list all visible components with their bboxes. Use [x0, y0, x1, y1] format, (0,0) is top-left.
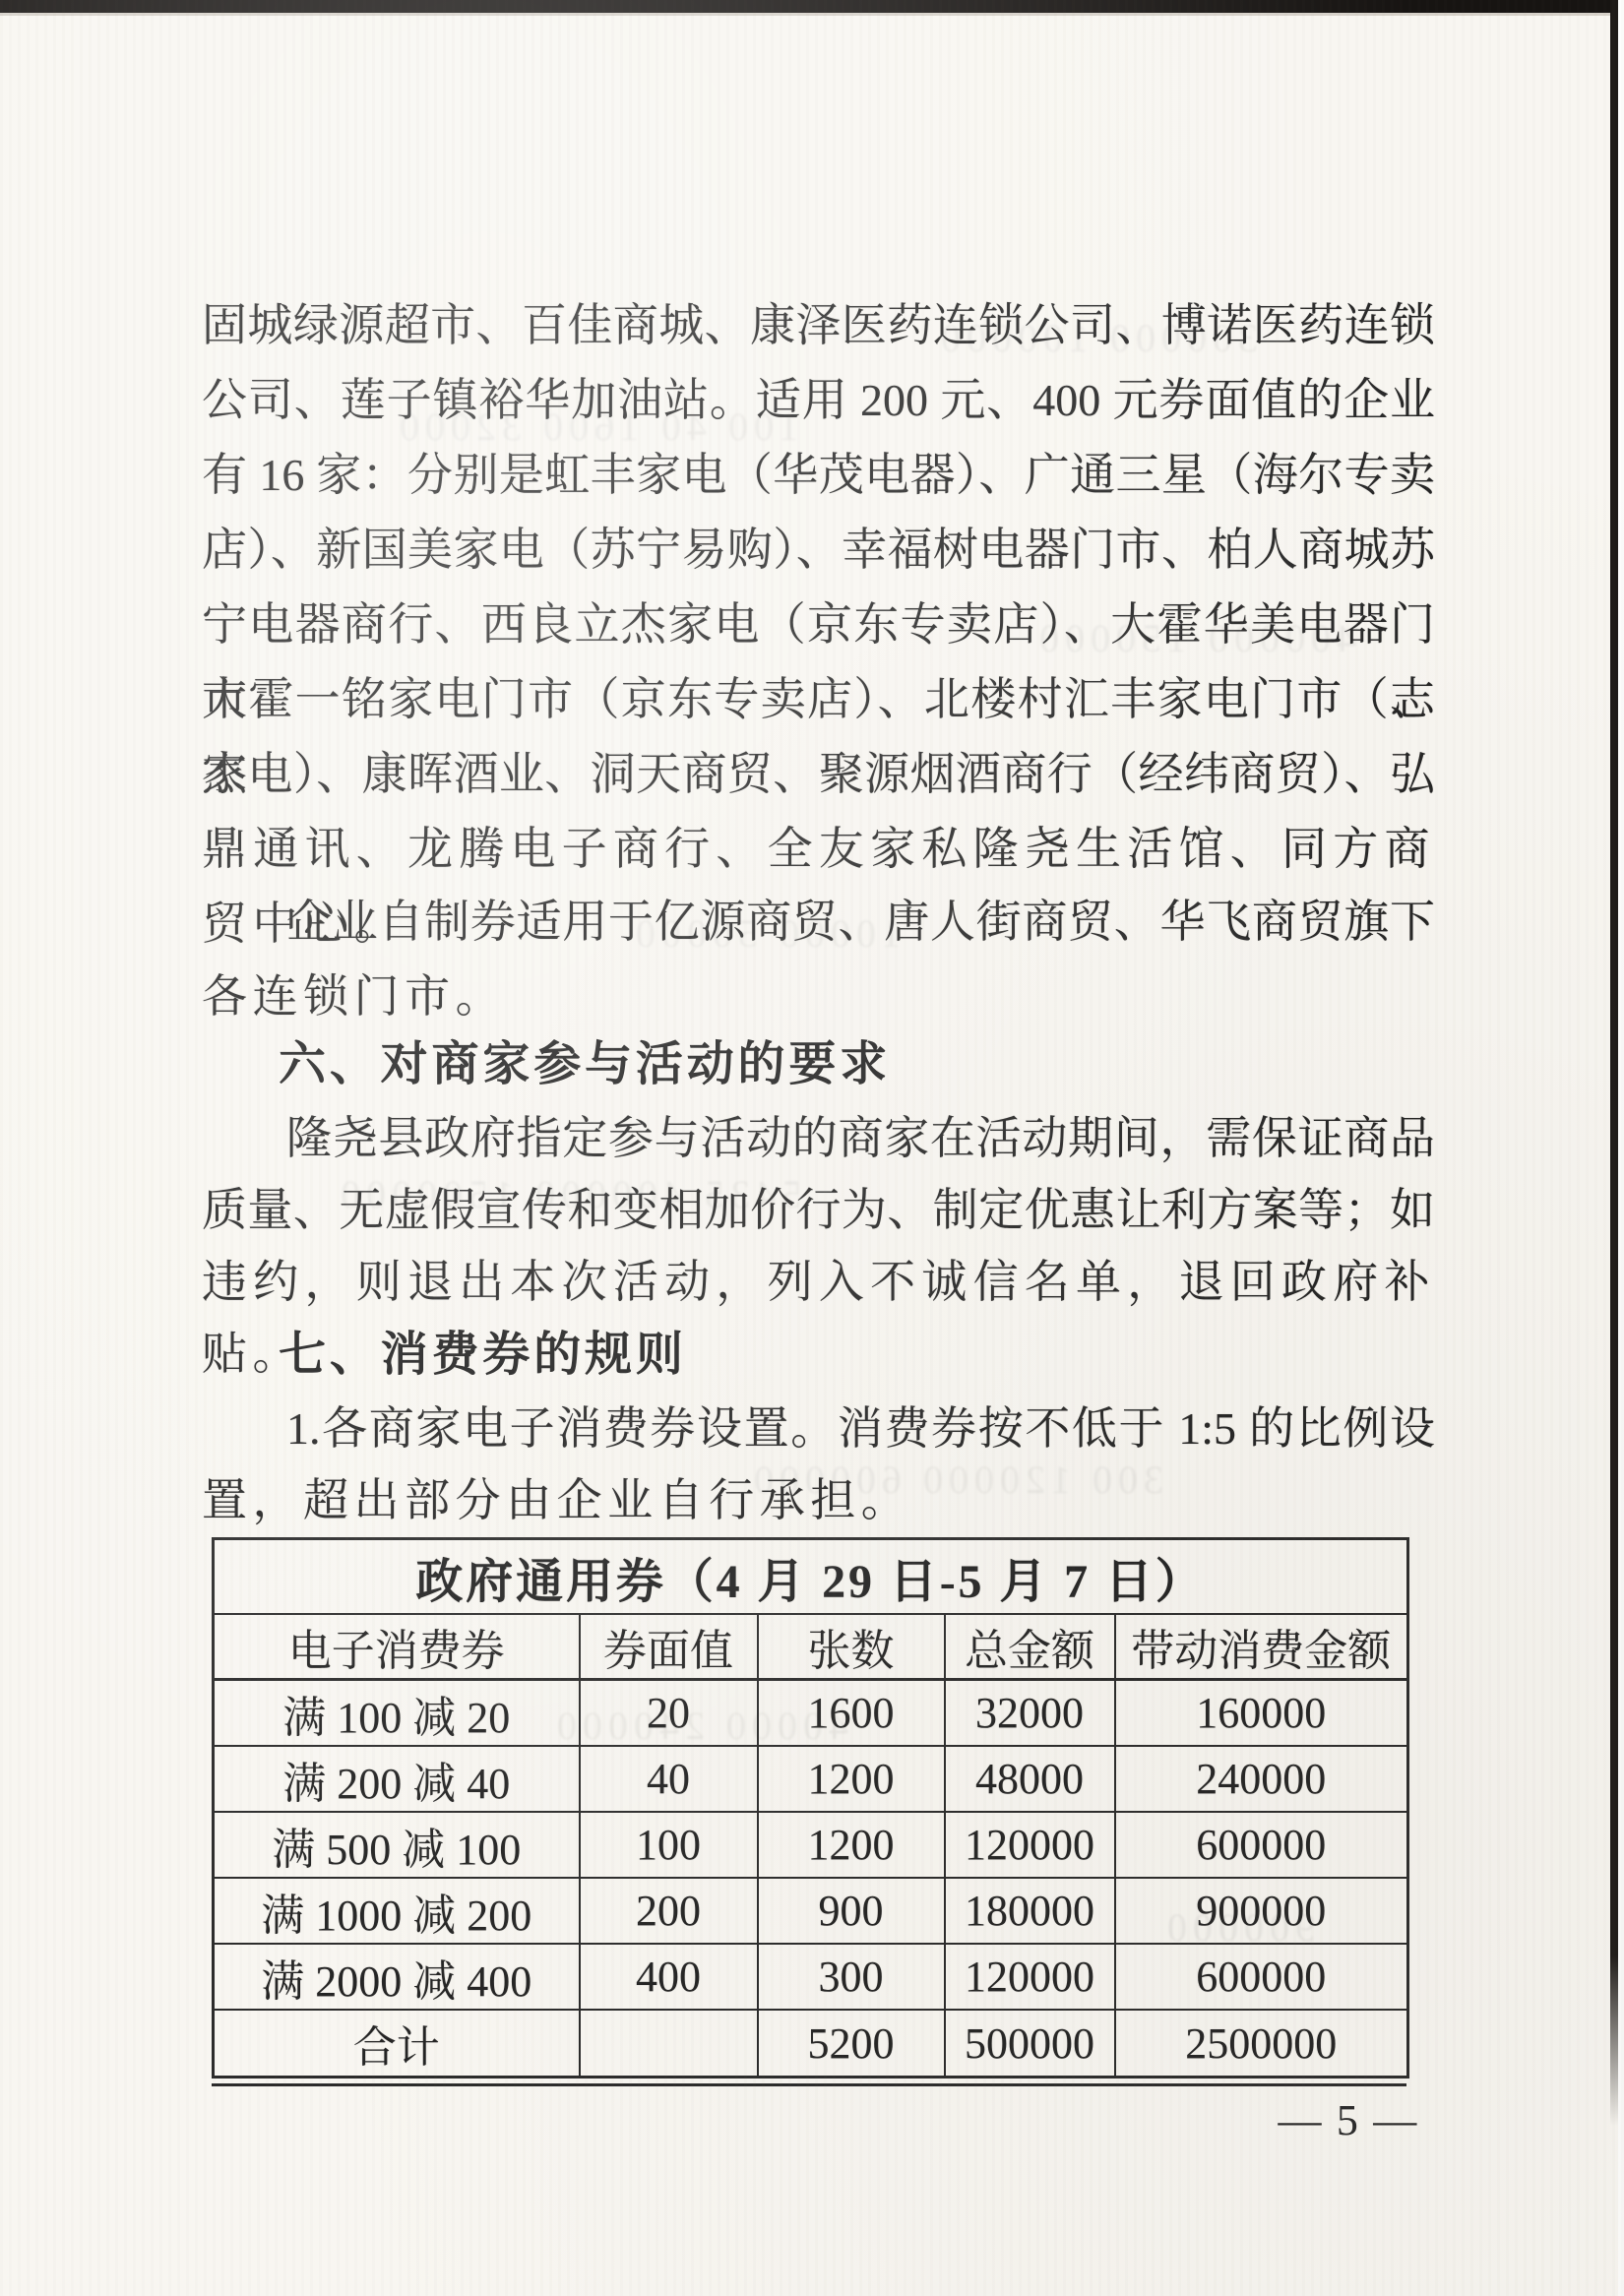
body-line: 公司、莲子镇裕华加油站。适用 200 元、400 元券面值的企业 [202, 363, 1435, 438]
cell-voucher: 满 200 减 40 [214, 1746, 580, 1812]
cell-driven: 2500000 [1115, 2010, 1408, 2078]
cell-total: 120000 [945, 1812, 1115, 1878]
cell-voucher: 满 2000 减 400 [214, 1944, 580, 2010]
scan-edge-top-shadow [0, 13, 1624, 16]
cell-face-value: 200 [580, 1878, 758, 1944]
body-line: 隆尧县政府指定参与活动的商家在活动期间，需保证商品 [202, 1102, 1435, 1174]
table-row: 满 1000 减 200 200 900 180000 900000 [214, 1878, 1408, 1944]
cell-face-value: 40 [580, 1746, 758, 1812]
section-heading-six: 六、对商家参与活动的要求 [202, 1027, 1435, 1102]
paragraph-merchant-requirements: 隆尧县政府指定参与活动的商家在活动期间，需保证商品 质量、无虚假宣传和变相加价行… [202, 1102, 1435, 1318]
cell-face-value: 20 [580, 1680, 758, 1747]
cell-count: 5200 [758, 2010, 945, 2078]
section-heading-seven: 七、消费券的规则 [202, 1318, 1435, 1393]
table-row: 满 200 减 40 40 1200 48000 240000 [214, 1746, 1408, 1812]
paragraph-self-issued-vouchers: 企业自制券适用于亿源商贸、唐人街商贸、华飞商贸旗下 各连锁门市。 [202, 885, 1435, 1034]
scan-edge-right-line [1610, 0, 1618, 2126]
body-line: 固城绿源超市、百佳商城、康泽医药连锁公司、博诺医药连锁 [202, 288, 1435, 363]
cell-count: 900 [758, 1878, 945, 1944]
body-line: 质量、无虚假宣传和变相加价行为、制定优惠让利方案等；如 [202, 1174, 1435, 1246]
page-number: — 5 — [1270, 2088, 1427, 2153]
cell-count: 1600 [758, 1680, 945, 1747]
cell-driven: 600000 [1115, 1812, 1408, 1878]
cell-face-value: 100 [580, 1812, 758, 1878]
cell-count: 1200 [758, 1746, 945, 1812]
cell-voucher: 满 100 减 20 [214, 1680, 580, 1747]
cell-total-label: 合计 [214, 2010, 580, 2078]
paragraph-merchant-list: 固城绿源超市、百佳商城、康泽医药连锁公司、博诺医药连锁 公司、莲子镇裕华加油站。… [202, 288, 1435, 887]
cell-voucher: 满 500 减 100 [214, 1812, 580, 1878]
table-title-row: 政府通用券（4 月 29 日-5 月 7 日） [214, 1539, 1408, 1615]
cell-count: 1200 [758, 1812, 945, 1878]
cell-total: 32000 [945, 1680, 1115, 1747]
table-double-bottom-rule [212, 2083, 1406, 2086]
table-row: 满 100 减 20 20 1600 32000 160000 [214, 1680, 1408, 1747]
cell-driven: 240000 [1115, 1746, 1408, 1812]
body-line: 家电）、康晖酒业、洞天商贸、聚源烟酒商行（经纬商贸）、弘 [202, 737, 1435, 812]
table-header-row: 电子消费券 券面值 张数 总金额 带动消费金额 [214, 1614, 1408, 1680]
body-line: 违约，则退出本次活动，列入不诚信名单，退回政府补贴。 [202, 1246, 1435, 1318]
cell-face-value: 400 [580, 1944, 758, 2010]
table-row: 满 2000 减 400 400 300 120000 600000 [214, 1944, 1408, 2010]
body-line: 企业自制券适用于亿源商贸、唐人街商贸、华飞商贸旗下 [202, 885, 1435, 960]
cell-total: 500000 [945, 2010, 1115, 2078]
body-line: 大霍一铭家电门市（京东专卖店）、北楼村汇丰家电门市（志杰 [202, 662, 1435, 737]
table-title: 政府通用券（4 月 29 日-5 月 7 日） [214, 1539, 1408, 1615]
body-line: 置，超出部分由企业自行承担。 [202, 1464, 1435, 1536]
cell-voucher: 满 1000 减 200 [214, 1878, 580, 1944]
cell-driven: 160000 [1115, 1680, 1408, 1747]
cell-driven: 600000 [1115, 1944, 1408, 2010]
body-line: 1.各商家电子消费券设置。消费券按不低于 1:5 的比例设 [202, 1393, 1435, 1464]
body-line: 宁电器商行、西良立杰家电（京东专卖店）、大霍华美电器门市、 [202, 588, 1435, 662]
body-line: 各连锁门市。 [202, 960, 1435, 1034]
column-header-driven-consumption: 带动消费金额 [1115, 1614, 1408, 1680]
cell-count: 300 [758, 1944, 945, 2010]
column-header-voucher: 电子消费券 [214, 1614, 580, 1680]
body-line: 有 16 家：分别是虹丰家电（华茂电器）、广通三星（海尔专卖 [202, 438, 1435, 513]
government-voucher-table-wrap: 政府通用券（4 月 29 日-5 月 7 日） 电子消费券 券面值 张数 总金额… [212, 1537, 1406, 2079]
table-total-row: 合计 5200 500000 2500000 [214, 2010, 1408, 2078]
government-voucher-table: 政府通用券（4 月 29 日-5 月 7 日） 电子消费券 券面值 张数 总金额… [212, 1537, 1409, 2079]
body-line: 店）、新国美家电（苏宁易购）、幸福树电器门市、柏人商城苏 [202, 513, 1435, 588]
cell-total: 48000 [945, 1746, 1115, 1812]
cell-total: 180000 [945, 1878, 1115, 1944]
scan-edge-right-paper [1618, 0, 1624, 2296]
cell-driven: 900000 [1115, 1878, 1408, 1944]
cell-total: 120000 [945, 1944, 1115, 2010]
table-row: 满 500 减 100 100 1200 120000 600000 [214, 1812, 1408, 1878]
scan-edge-top-bar [0, 0, 1624, 13]
body-line: 鼎通讯、龙腾电子商行、全友家私隆尧生活馆、同方商贸中心。 [202, 812, 1435, 887]
column-header-total-amount: 总金额 [945, 1614, 1115, 1680]
scanned-document-page: 300000 100000 100 40 1600 32000 400000 1… [0, 0, 1624, 2296]
column-header-face-value: 券面值 [580, 1614, 758, 1680]
paragraph-voucher-rules: 1.各商家电子消费券设置。消费券按不低于 1:5 的比例设 置，超出部分由企业自… [202, 1393, 1435, 1536]
cell-face-value [580, 2010, 758, 2078]
column-header-count: 张数 [758, 1614, 945, 1680]
